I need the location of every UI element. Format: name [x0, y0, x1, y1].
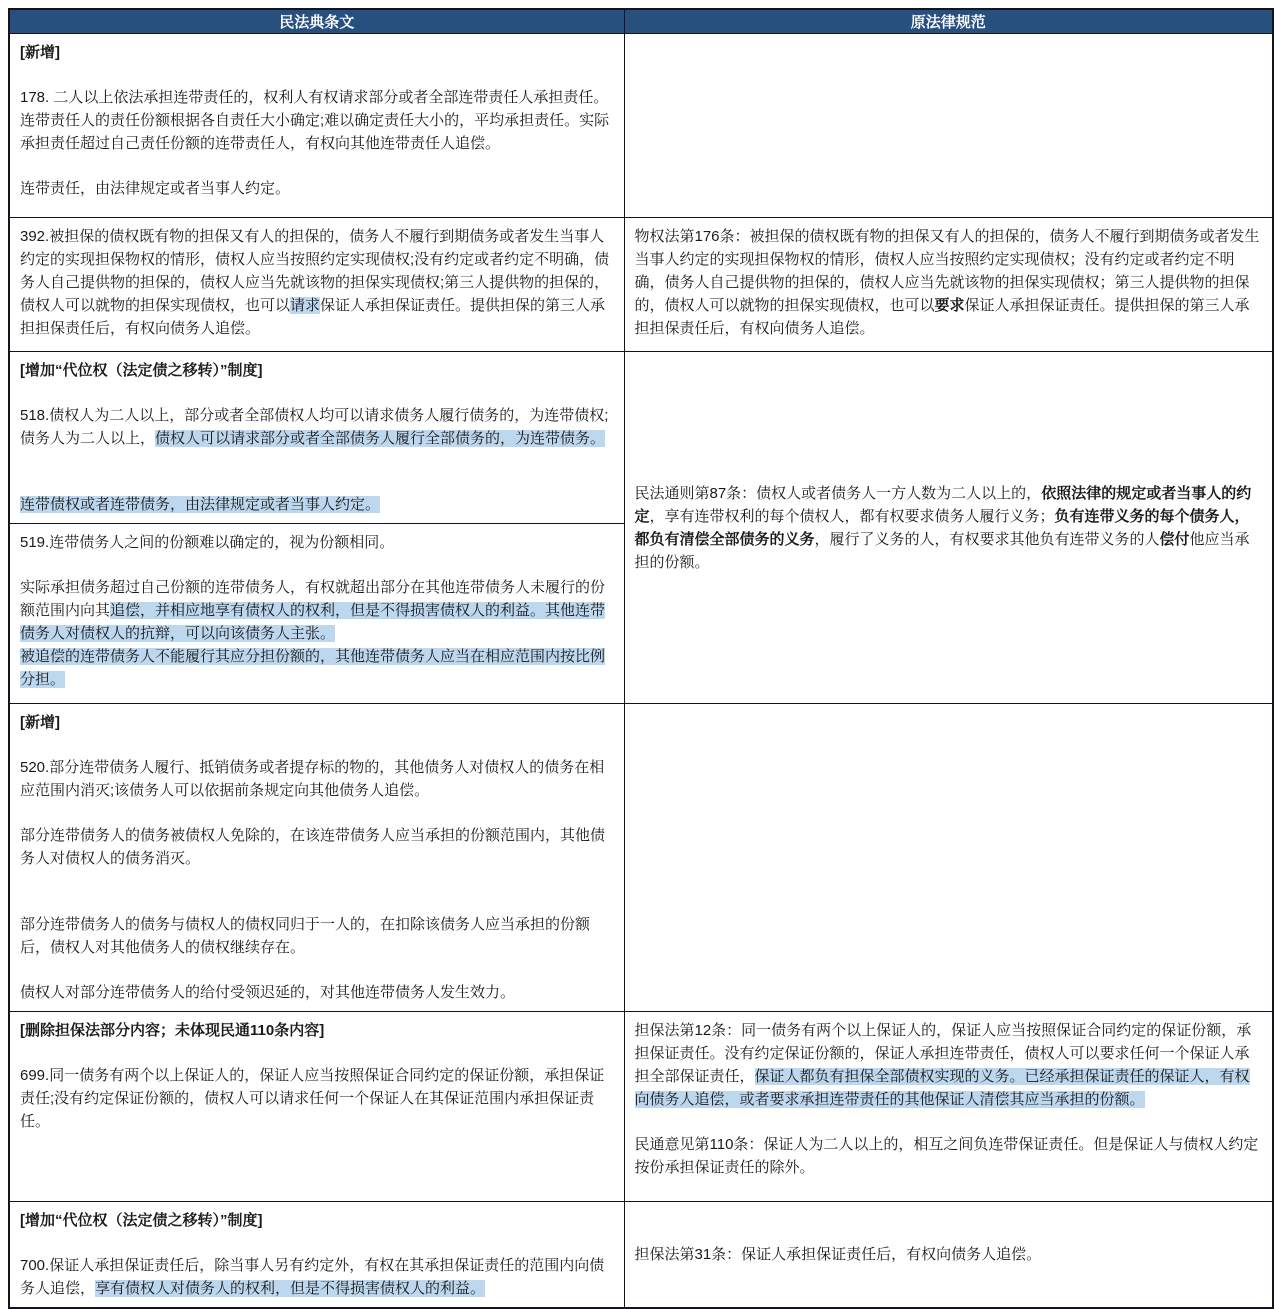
- table-row: [删除担保法部分内容；未体现民通110条内容]699.同一债务有两个以上保证人的…: [9, 1012, 1273, 1202]
- table-cell-right: 物权法第176条：被担保的债权既有物的担保又有人的担保的，债务人不履行到期债务或…: [624, 218, 1273, 352]
- bold-text: 要求: [935, 297, 965, 314]
- paragraph: 民通意见第110条：保证人为二人以上的，相互之间负连带保证责任。但是保证人与债权…: [635, 1133, 1263, 1179]
- text-segment: 部分连带债务人的债务与债权人的债权同归于一人的，在扣除该债务人应当承担的份额后，…: [20, 916, 590, 956]
- text-segment: 178. 二人以上依法承担连带责任的，权利人有权请求部分或者全部连带责任人承担责…: [20, 89, 609, 152]
- text-segment: 民通意见第110条：保证人为二人以上的，相互之间负连带保证责任。但是保证人与债权…: [635, 1136, 1259, 1176]
- table-cell-right: 担保法第31条：保证人承担保证责任后，有权向债务人追偿。: [624, 1202, 1273, 1309]
- table-row: [增加“代位权（法定债之移转）”制度]700.保证人承担保证责任后，除当事人另有…: [9, 1202, 1273, 1309]
- paragraph: 担保法第31条：保证人承担保证责任后，有权向债务人追偿。: [635, 1243, 1263, 1266]
- paragraph: 518.债权人为二人以上，部分或者全部债权人均可以请求债务人履行债务的，为连带债…: [20, 404, 614, 450]
- paragraph: [新增]: [20, 711, 614, 734]
- bold-text: [新增]: [20, 44, 60, 61]
- text-segment: 担保法第31条：保证人承担保证责任后，有权向债务人追偿。: [635, 1246, 1042, 1263]
- table-cell-left: 392.被担保的债权既有物的担保又有人的担保的，债务人不履行到期债务或者发生当事…: [9, 218, 624, 352]
- paragraph: 178. 二人以上依法承担连带责任的，权利人有权请求部分或者全部连带责任人承担责…: [20, 86, 614, 155]
- paragraph: 实际承担债务超过自己份额的连带债务人，有权就超出部分在其他连带债务人未履行的份额…: [20, 576, 614, 645]
- paragraph: 699.同一债务有两个以上保证人的，保证人应当按照保证合同约定的保证份额，承担保…: [20, 1064, 614, 1133]
- highlighted-text: 债权人可以请求部分或者全部债务人履行全部债务的，为连带债务。: [155, 430, 605, 447]
- paragraph: 连带债权或者连带债务，由法律规定或者当事人约定。: [20, 493, 614, 516]
- paragraph: [新增]: [20, 41, 614, 64]
- paragraph: 部分连带债务人的债务被债权人免除的，在该连带债务人应当承担的份额范围内，其他债务…: [20, 824, 614, 870]
- bold-text: [新增]: [20, 714, 60, 731]
- paragraph: 被追偿的连带债务人不能履行其应分担份额的，其他连带债务人应当在相应范围内按比例分…: [20, 645, 614, 691]
- comparison-table: 民法典条文 原法律规范 [新增]178. 二人以上依法承担连带责任的，权利人有权…: [8, 8, 1274, 1309]
- column-header-original-law: 原法律规范: [624, 9, 1273, 34]
- highlighted-text: 连带债权或者连带债务，由法律规定或者当事人约定。: [20, 496, 380, 513]
- text-segment: 519.连带债务人之间的份额难以确定的，视为份额相同。: [20, 534, 394, 551]
- paragraph: 部分连带债务人的债务与债权人的债权同归于一人的，在扣除该债务人应当承担的份额后，…: [20, 913, 614, 959]
- table-cell-left: [新增]178. 二人以上依法承担连带责任的，权利人有权请求部分或者全部连带责任…: [9, 34, 624, 218]
- bold-text: [增加“代位权（法定债之移转）”制度]: [20, 1212, 263, 1229]
- table-cell-right: 民法通则第87条：债权人或者债务人一方人数为二人以上的，依照法律的规定或者当事人…: [624, 352, 1273, 704]
- text-segment: ，享有连带权利的每个债权人，都有权要求债务人履行义务；: [650, 508, 1055, 525]
- highlighted-text: 被追偿的连带债务人不能履行其应分担份额的，其他连带债务人应当在相应范围内按比例分…: [20, 648, 605, 688]
- paragraph: [增加“代位权（法定债之移转）”制度]: [20, 359, 614, 382]
- table-cell-left: [删除担保法部分内容；未体现民通110条内容]699.同一债务有两个以上保证人的…: [9, 1012, 624, 1202]
- table-cell-right: [624, 34, 1273, 218]
- table-row: [新增]520.部分连带债务人履行、抵销债务或者提存标的物的，其他债务人对债权人…: [9, 704, 1273, 1012]
- bold-text: [增加“代位权（法定债之移转）”制度]: [20, 362, 263, 379]
- paragraph: 连带责任，由法律规定或者当事人约定。: [20, 177, 614, 200]
- paragraph: [删除担保法部分内容；未体现民通110条内容]: [20, 1019, 614, 1042]
- text-segment: ，履行了义务的人，有权要求其他负有连带义务的人: [815, 531, 1160, 548]
- table-cell-left: [增加“代位权（法定债之移转）”制度]700.保证人承担保证责任后，除当事人另有…: [9, 1202, 624, 1309]
- table-cell-right: 担保法第12条：同一债务有两个以上保证人的，保证人应当按照保证合同约定的保证份额…: [624, 1012, 1273, 1202]
- paragraph: 520.部分连带债务人履行、抵销债务或者提存标的物的，其他债务人对债权人的债务在…: [20, 756, 614, 802]
- table-header-row: 民法典条文 原法律规范: [9, 9, 1273, 34]
- paragraph: 民法通则第87条：债权人或者债务人一方人数为二人以上的，依照法律的规定或者当事人…: [635, 482, 1263, 574]
- bold-text: 偿付: [1160, 531, 1190, 548]
- text-segment: 699.同一债务有两个以上保证人的，保证人应当按照保证合同约定的保证份额，承担保…: [20, 1067, 604, 1130]
- text-segment: 债权人对部分连带债务人的给付受领迟延的，对其他连带债务人发生效力。: [20, 984, 515, 1001]
- text-segment: 民法通则第87条：债权人或者债务人一方人数为二人以上的，: [635, 485, 1042, 502]
- paragraph: 392.被担保的债权既有物的担保又有人的担保的，债务人不履行到期债务或者发生当事…: [20, 225, 614, 340]
- paragraph: 物权法第176条：被担保的债权既有物的担保又有人的担保的，债务人不履行到期债务或…: [635, 225, 1263, 340]
- table-row: 392.被担保的债权既有物的担保又有人的担保的，债务人不履行到期债务或者发生当事…: [9, 218, 1273, 352]
- paragraph: 债权人对部分连带债务人的给付受领迟延的，对其他连带债务人发生效力。: [20, 981, 614, 1004]
- text-segment: 连带责任，由法律规定或者当事人约定。: [20, 180, 290, 197]
- highlighted-text: 请求: [290, 297, 320, 314]
- table-cell-left: 519.连带债务人之间的份额难以确定的，视为份额相同。实际承担债务超过自己份额的…: [9, 524, 624, 704]
- document-page: 民法典条文 原法律规范 [新增]178. 二人以上依法承担连带责任的，权利人有权…: [0, 0, 1280, 1304]
- text-segment: 520.部分连带债务人履行、抵销债务或者提存标的物的，其他债务人对债权人的债务在…: [20, 759, 604, 799]
- table-cell-left: [新增]520.部分连带债务人履行、抵销债务或者提存标的物的，其他债务人对债权人…: [9, 704, 624, 1012]
- paragraph: 担保法第12条：同一债务有两个以上保证人的，保证人应当按照保证合同约定的保证份额…: [635, 1019, 1263, 1111]
- column-header-civil-code: 民法典条文: [9, 9, 624, 34]
- highlighted-text: 享有债权人对债务人的权利，但是不得损害债权人的利益。: [95, 1280, 485, 1297]
- paragraph: 700.保证人承担保证责任后，除当事人另有约定外，有权在其承担保证责任的范围内向…: [20, 1254, 614, 1300]
- paragraph: [增加“代位权（法定债之移转）”制度]: [20, 1209, 614, 1232]
- table-row: [增加“代位权（法定债之移转）”制度]518.债权人为二人以上，部分或者全部债权…: [9, 352, 1273, 524]
- table-row: [新增]178. 二人以上依法承担连带责任的，权利人有权请求部分或者全部连带责任…: [9, 34, 1273, 218]
- table-cell-left: [增加“代位权（法定债之移转）”制度]518.债权人为二人以上，部分或者全部债权…: [9, 352, 624, 524]
- table-body: [新增]178. 二人以上依法承担连带责任的，权利人有权请求部分或者全部连带责任…: [9, 34, 1273, 1309]
- table-cell-right: [624, 704, 1273, 1012]
- paragraph: 519.连带债务人之间的份额难以确定的，视为份额相同。: [20, 531, 614, 554]
- bold-text: [删除担保法部分内容；未体现民通110条内容]: [20, 1022, 324, 1039]
- text-segment: 部分连带债务人的债务被债权人免除的，在该连带债务人应当承担的份额范围内，其他债务…: [20, 827, 605, 867]
